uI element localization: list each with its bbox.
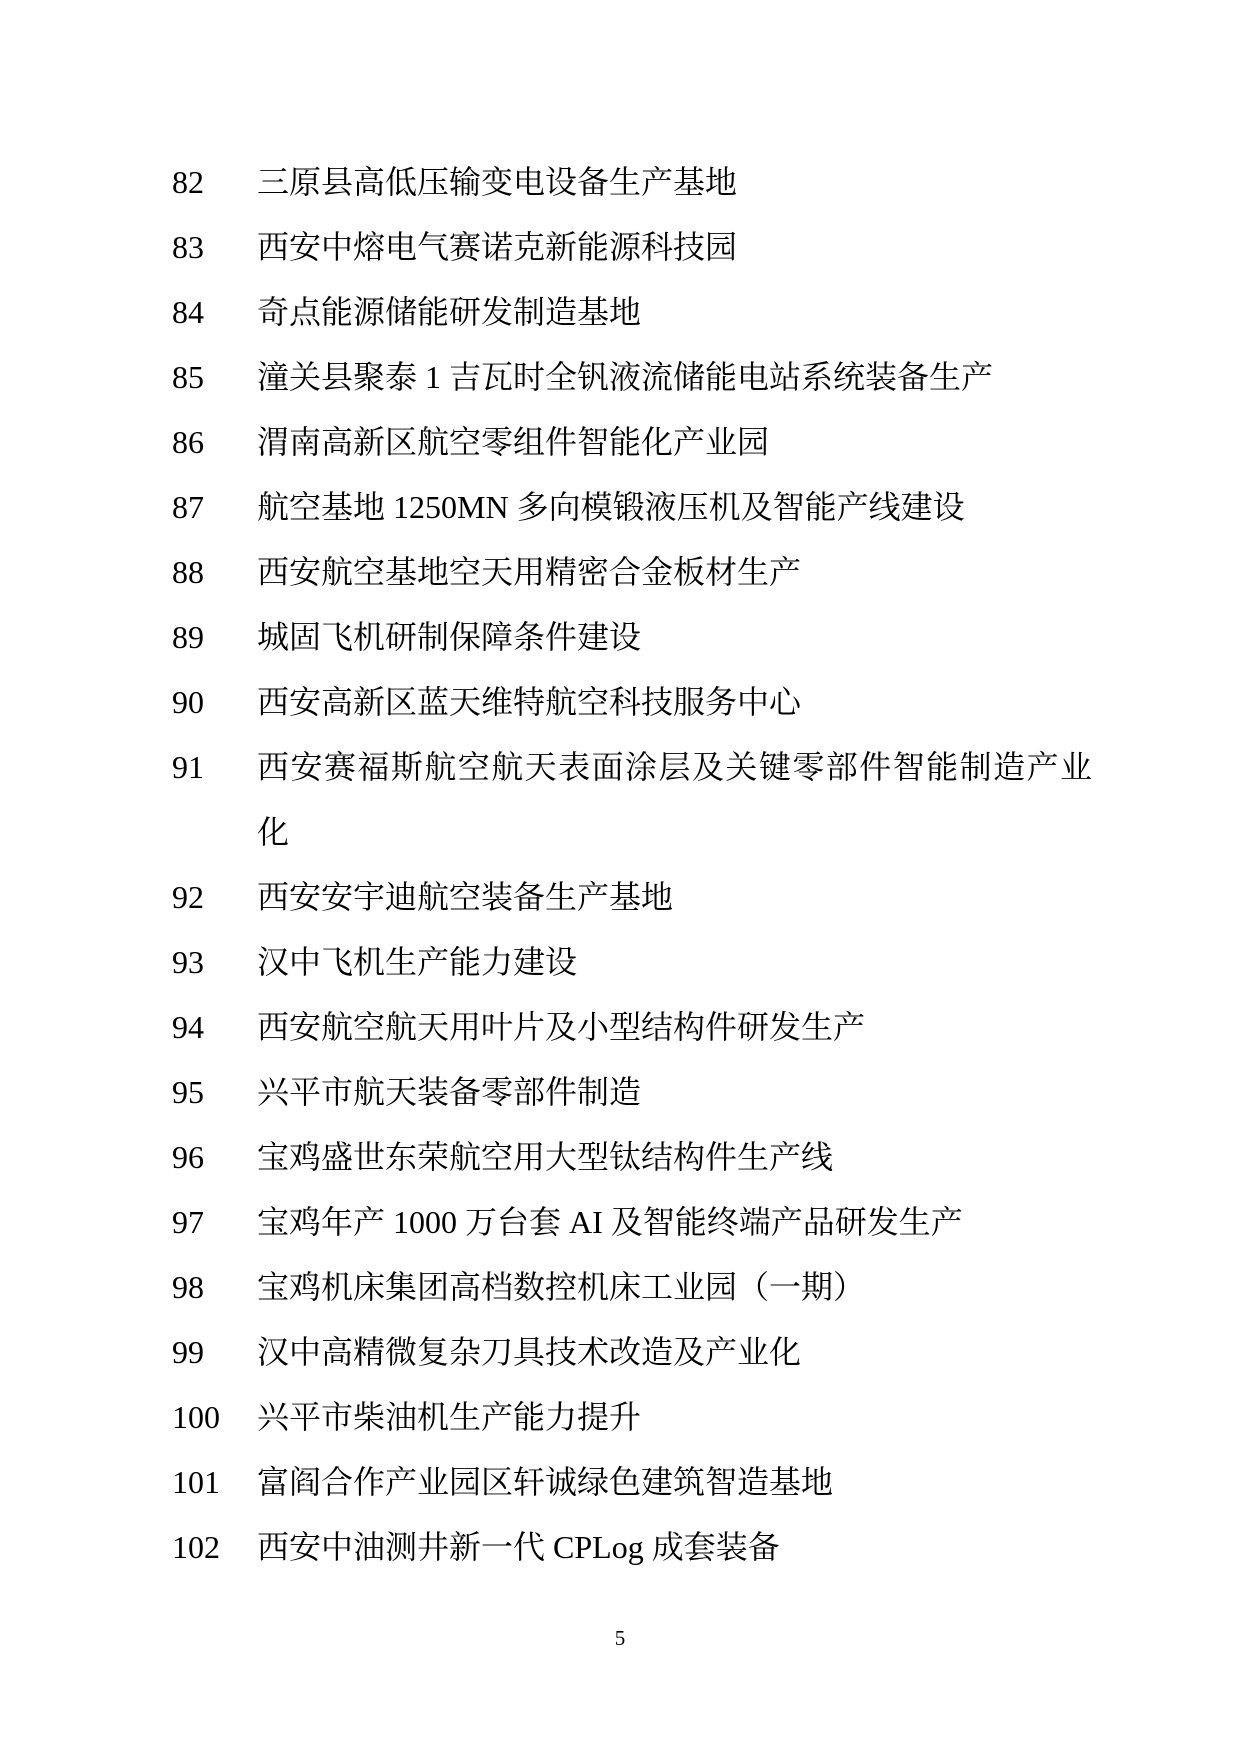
- item-text: 奇点能源储能研发制造基地: [257, 280, 1092, 345]
- item-number: 90: [172, 670, 257, 735]
- list-item: 99汉中高精微复杂刀具技术改造及产业化: [0, 1320, 1240, 1385]
- list-item: 97宝鸡年产 1000 万台套 AI 及智能终端产品研发生产: [0, 1190, 1240, 1255]
- item-number: 88: [172, 540, 257, 605]
- item-number: 100: [172, 1385, 257, 1450]
- item-text: 城固飞机研制保障条件建设: [257, 605, 1092, 670]
- item-text: 三原县高低压输变电设备生产基地: [257, 150, 1092, 215]
- item-text: 渭南高新区航空零组件智能化产业园: [257, 410, 1092, 475]
- item-number: 102: [172, 1515, 257, 1580]
- item-text-line: 西安安宇迪航空装备生产基地: [257, 865, 1092, 930]
- item-number: 101: [172, 1450, 257, 1515]
- item-text: 汉中飞机生产能力建设: [257, 930, 1092, 995]
- item-text-line: 奇点能源储能研发制造基地: [257, 280, 1092, 345]
- list-item: 93汉中飞机生产能力建设: [0, 930, 1240, 995]
- item-number: 95: [172, 1060, 257, 1125]
- item-number: 84: [172, 280, 257, 345]
- item-text: 西安高新区蓝天维特航空科技服务中心: [257, 670, 1092, 735]
- item-number: 85: [172, 345, 257, 410]
- item-text-line: 富阎合作产业园区轩诚绿色建筑智造基地: [257, 1450, 1092, 1515]
- list-item: 84奇点能源储能研发制造基地: [0, 280, 1240, 345]
- list-item: 94西安航空航天用叶片及小型结构件研发生产: [0, 995, 1240, 1060]
- item-number: 87: [172, 475, 257, 540]
- item-text-line: 西安赛福斯航空航天表面涂层及关键零部件智能制造产业: [257, 735, 1092, 800]
- item-number: 99: [172, 1320, 257, 1385]
- item-text: 兴平市航天装备零部件制造: [257, 1060, 1092, 1125]
- item-text: 西安中油测井新一代 CPLog 成套装备: [257, 1515, 1092, 1580]
- document-page: 82三原县高低压输变电设备生产基地83西安中熔电气赛诺克新能源科技园84奇点能源…: [0, 0, 1240, 1753]
- list-item: 96宝鸡盛世东荣航空用大型钛结构件生产线: [0, 1125, 1240, 1190]
- list-item: 101富阎合作产业园区轩诚绿色建筑智造基地: [0, 1450, 1240, 1515]
- item-text-line: 航空基地 1250MN 多向模锻液压机及智能产线建设: [257, 475, 1092, 540]
- list-item: 91西安赛福斯航空航天表面涂层及关键零部件智能制造产业化: [0, 735, 1240, 865]
- list-item: 98宝鸡机床集团高档数控机床工业园（一期）: [0, 1255, 1240, 1320]
- item-text: 富阎合作产业园区轩诚绿色建筑智造基地: [257, 1450, 1092, 1515]
- item-number: 86: [172, 410, 257, 475]
- page-number: 5: [0, 1626, 1240, 1650]
- item-text-line: 汉中高精微复杂刀具技术改造及产业化: [257, 1320, 1092, 1385]
- item-number: 83: [172, 215, 257, 280]
- item-text: 西安赛福斯航空航天表面涂层及关键零部件智能制造产业化: [257, 735, 1092, 865]
- list-item: 90西安高新区蓝天维特航空科技服务中心: [0, 670, 1240, 735]
- item-text: 宝鸡年产 1000 万台套 AI 及智能终端产品研发生产: [257, 1190, 1092, 1255]
- item-text-line: 宝鸡机床集团高档数控机床工业园（一期）: [257, 1255, 1092, 1320]
- item-text-line: 宝鸡年产 1000 万台套 AI 及智能终端产品研发生产: [257, 1190, 1092, 1255]
- item-text-line: 化: [257, 800, 1092, 865]
- item-text: 潼关县聚泰 1 吉瓦时全钒液流储能电站系统装备生产: [257, 345, 1092, 410]
- list-item: 83西安中熔电气赛诺克新能源科技园: [0, 215, 1240, 280]
- list-item: 88西安航空基地空天用精密合金板材生产: [0, 540, 1240, 605]
- item-number: 91: [172, 735, 257, 800]
- item-text: 西安安宇迪航空装备生产基地: [257, 865, 1092, 930]
- item-text-line: 兴平市柴油机生产能力提升: [257, 1385, 1092, 1450]
- item-number: 89: [172, 605, 257, 670]
- item-text-line: 城固飞机研制保障条件建设: [257, 605, 1092, 670]
- item-text: 宝鸡盛世东荣航空用大型钛结构件生产线: [257, 1125, 1092, 1190]
- item-text-line: 汉中飞机生产能力建设: [257, 930, 1092, 995]
- item-text-line: 潼关县聚泰 1 吉瓦时全钒液流储能电站系统装备生产: [257, 345, 1092, 410]
- list-item: 92西安安宇迪航空装备生产基地: [0, 865, 1240, 930]
- list-item: 100兴平市柴油机生产能力提升: [0, 1385, 1240, 1450]
- item-text: 西安中熔电气赛诺克新能源科技园: [257, 215, 1092, 280]
- item-text: 西安航空基地空天用精密合金板材生产: [257, 540, 1092, 605]
- item-text-line: 渭南高新区航空零组件智能化产业园: [257, 410, 1092, 475]
- item-text-line: 宝鸡盛世东荣航空用大型钛结构件生产线: [257, 1125, 1092, 1190]
- item-text-line: 西安中油测井新一代 CPLog 成套装备: [257, 1515, 1092, 1580]
- item-text: 兴平市柴油机生产能力提升: [257, 1385, 1092, 1450]
- item-text-line: 西安中熔电气赛诺克新能源科技园: [257, 215, 1092, 280]
- item-number: 82: [172, 150, 257, 215]
- list-item: 85潼关县聚泰 1 吉瓦时全钒液流储能电站系统装备生产: [0, 345, 1240, 410]
- item-text: 汉中高精微复杂刀具技术改造及产业化: [257, 1320, 1092, 1385]
- item-text-line: 兴平市航天装备零部件制造: [257, 1060, 1092, 1125]
- item-text: 航空基地 1250MN 多向模锻液压机及智能产线建设: [257, 475, 1092, 540]
- list-item: 89城固飞机研制保障条件建设: [0, 605, 1240, 670]
- item-number: 94: [172, 995, 257, 1060]
- item-text: 西安航空航天用叶片及小型结构件研发生产: [257, 995, 1092, 1060]
- list-item: 102西安中油测井新一代 CPLog 成套装备: [0, 1515, 1240, 1580]
- list-item: 87航空基地 1250MN 多向模锻液压机及智能产线建设: [0, 475, 1240, 540]
- item-number: 98: [172, 1255, 257, 1320]
- item-text-line: 西安高新区蓝天维特航空科技服务中心: [257, 670, 1092, 735]
- list-item: 86渭南高新区航空零组件智能化产业园: [0, 410, 1240, 475]
- item-number: 96: [172, 1125, 257, 1190]
- item-text-line: 西安航空航天用叶片及小型结构件研发生产: [257, 995, 1092, 1060]
- list-item: 95兴平市航天装备零部件制造: [0, 1060, 1240, 1125]
- item-number: 93: [172, 930, 257, 995]
- item-text: 宝鸡机床集团高档数控机床工业园（一期）: [257, 1255, 1092, 1320]
- project-list: 82三原县高低压输变电设备生产基地83西安中熔电气赛诺克新能源科技园84奇点能源…: [0, 150, 1240, 1580]
- list-item: 82三原县高低压输变电设备生产基地: [0, 150, 1240, 215]
- item-text-line: 三原县高低压输变电设备生产基地: [257, 150, 1092, 215]
- item-text-line: 西安航空基地空天用精密合金板材生产: [257, 540, 1092, 605]
- item-number: 92: [172, 865, 257, 930]
- item-number: 97: [172, 1190, 257, 1255]
